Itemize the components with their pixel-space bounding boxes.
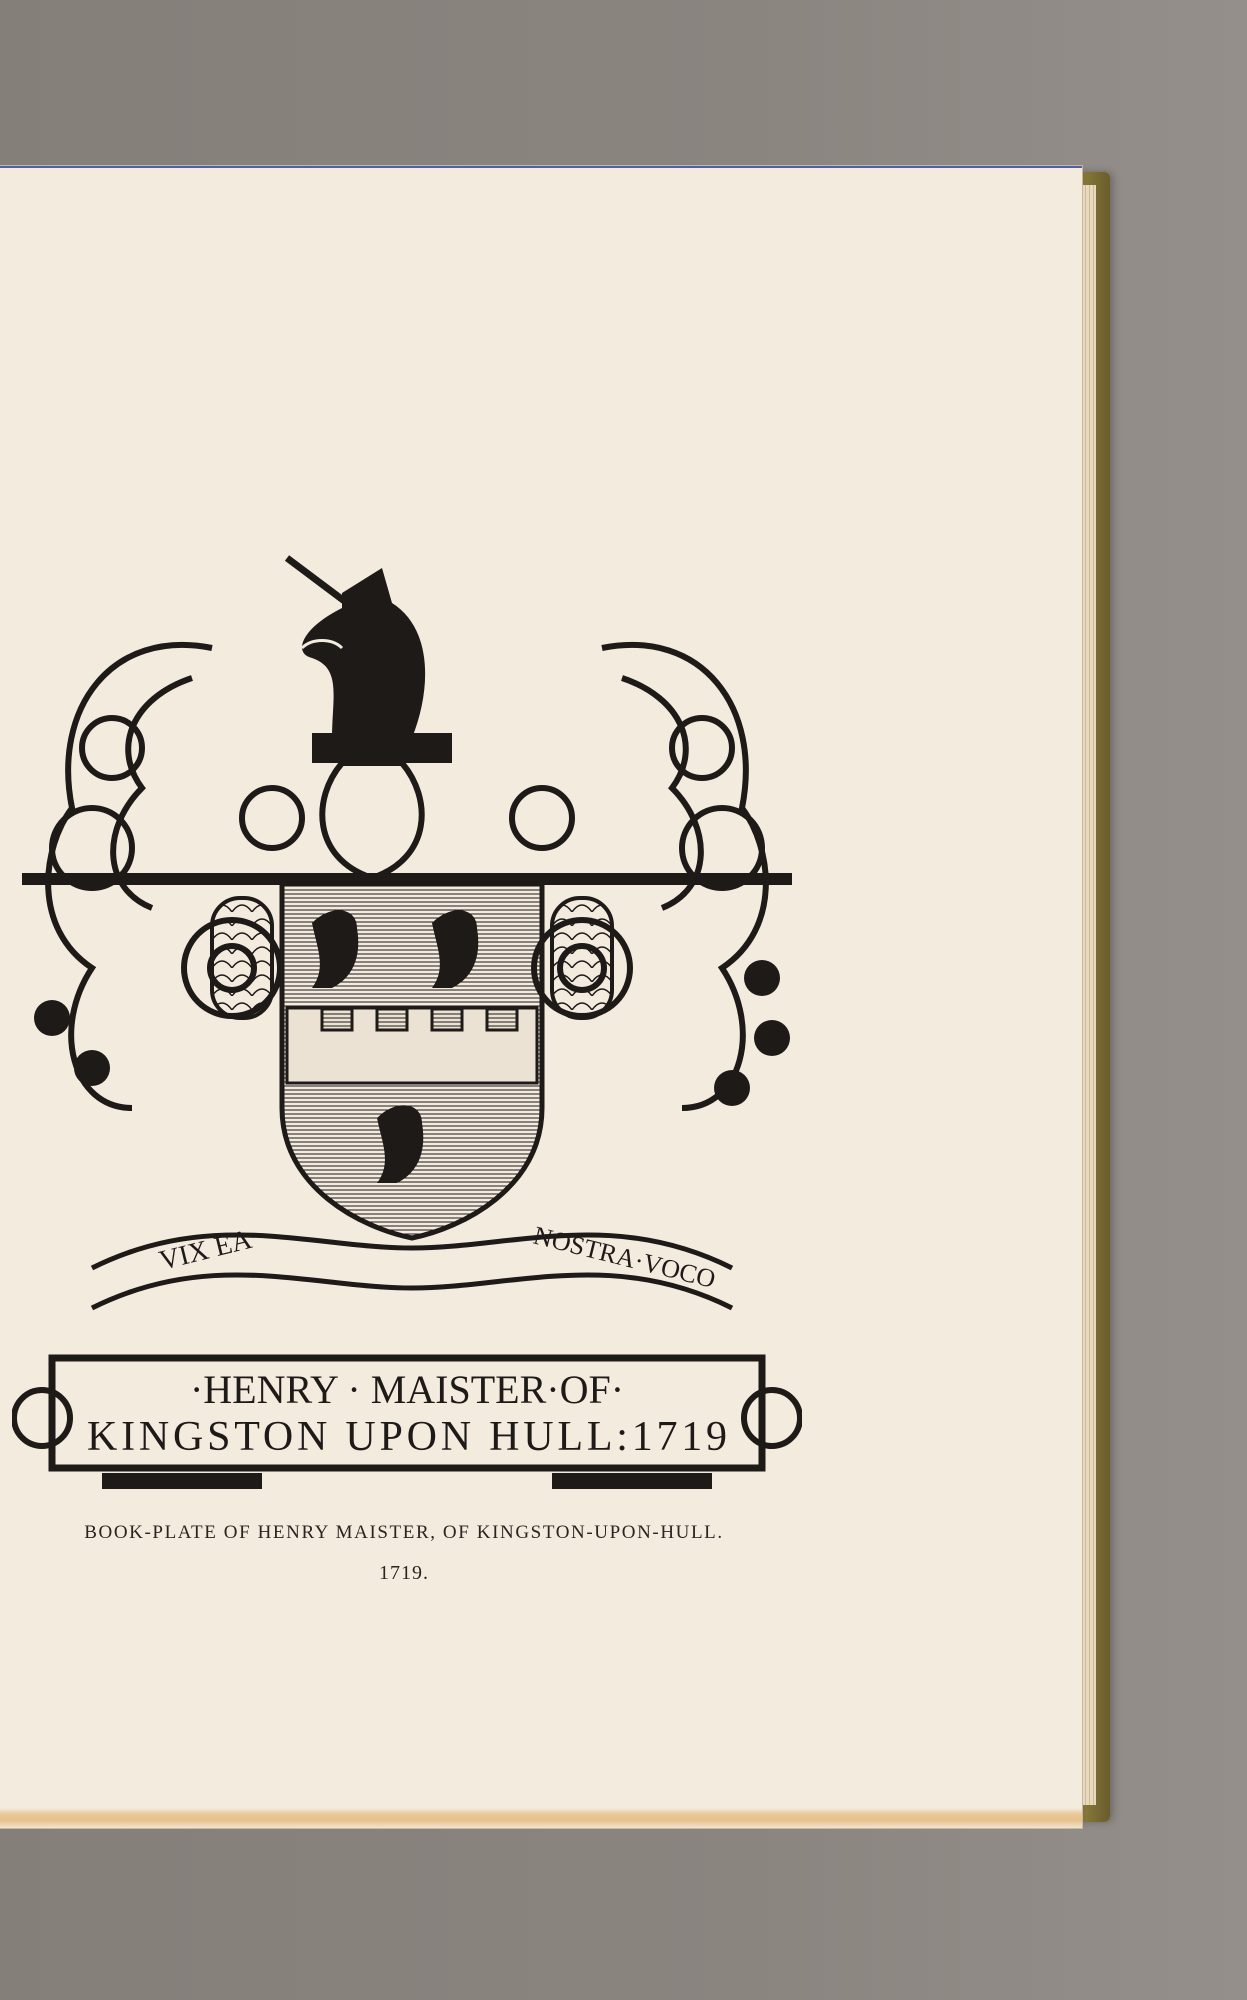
caption-title: BOOK-PLATE OF HENRY MAISTER, OF KINGSTON… <box>0 1522 808 1544</box>
heraldic-shield <box>282 883 542 1238</box>
name-cartouche: ·HENRY · MAISTER·OF· KINGSTON UPON HULL:… <box>14 1358 800 1489</box>
crest-wreath <box>312 733 452 763</box>
bookplate-engraving: VIX EA NOSTRA·VOCO ·HENRY · MAISTER·OF· … <box>12 548 802 1538</box>
unicorn-crest-icon <box>287 558 425 738</box>
bookplate-place: KINGSTON UPON HULL:1719 <box>87 1414 727 1460</box>
caption-year: 1719. <box>0 1562 808 1585</box>
bookplate-name: ·HENRY · MAISTER·OF· <box>190 1367 624 1412</box>
page-bottom-edge <box>0 1808 1082 1828</box>
motto-right: NOSTRA·VOCO <box>531 1221 719 1294</box>
motto-left: VIX EA <box>156 1224 256 1277</box>
helm <box>322 763 421 878</box>
